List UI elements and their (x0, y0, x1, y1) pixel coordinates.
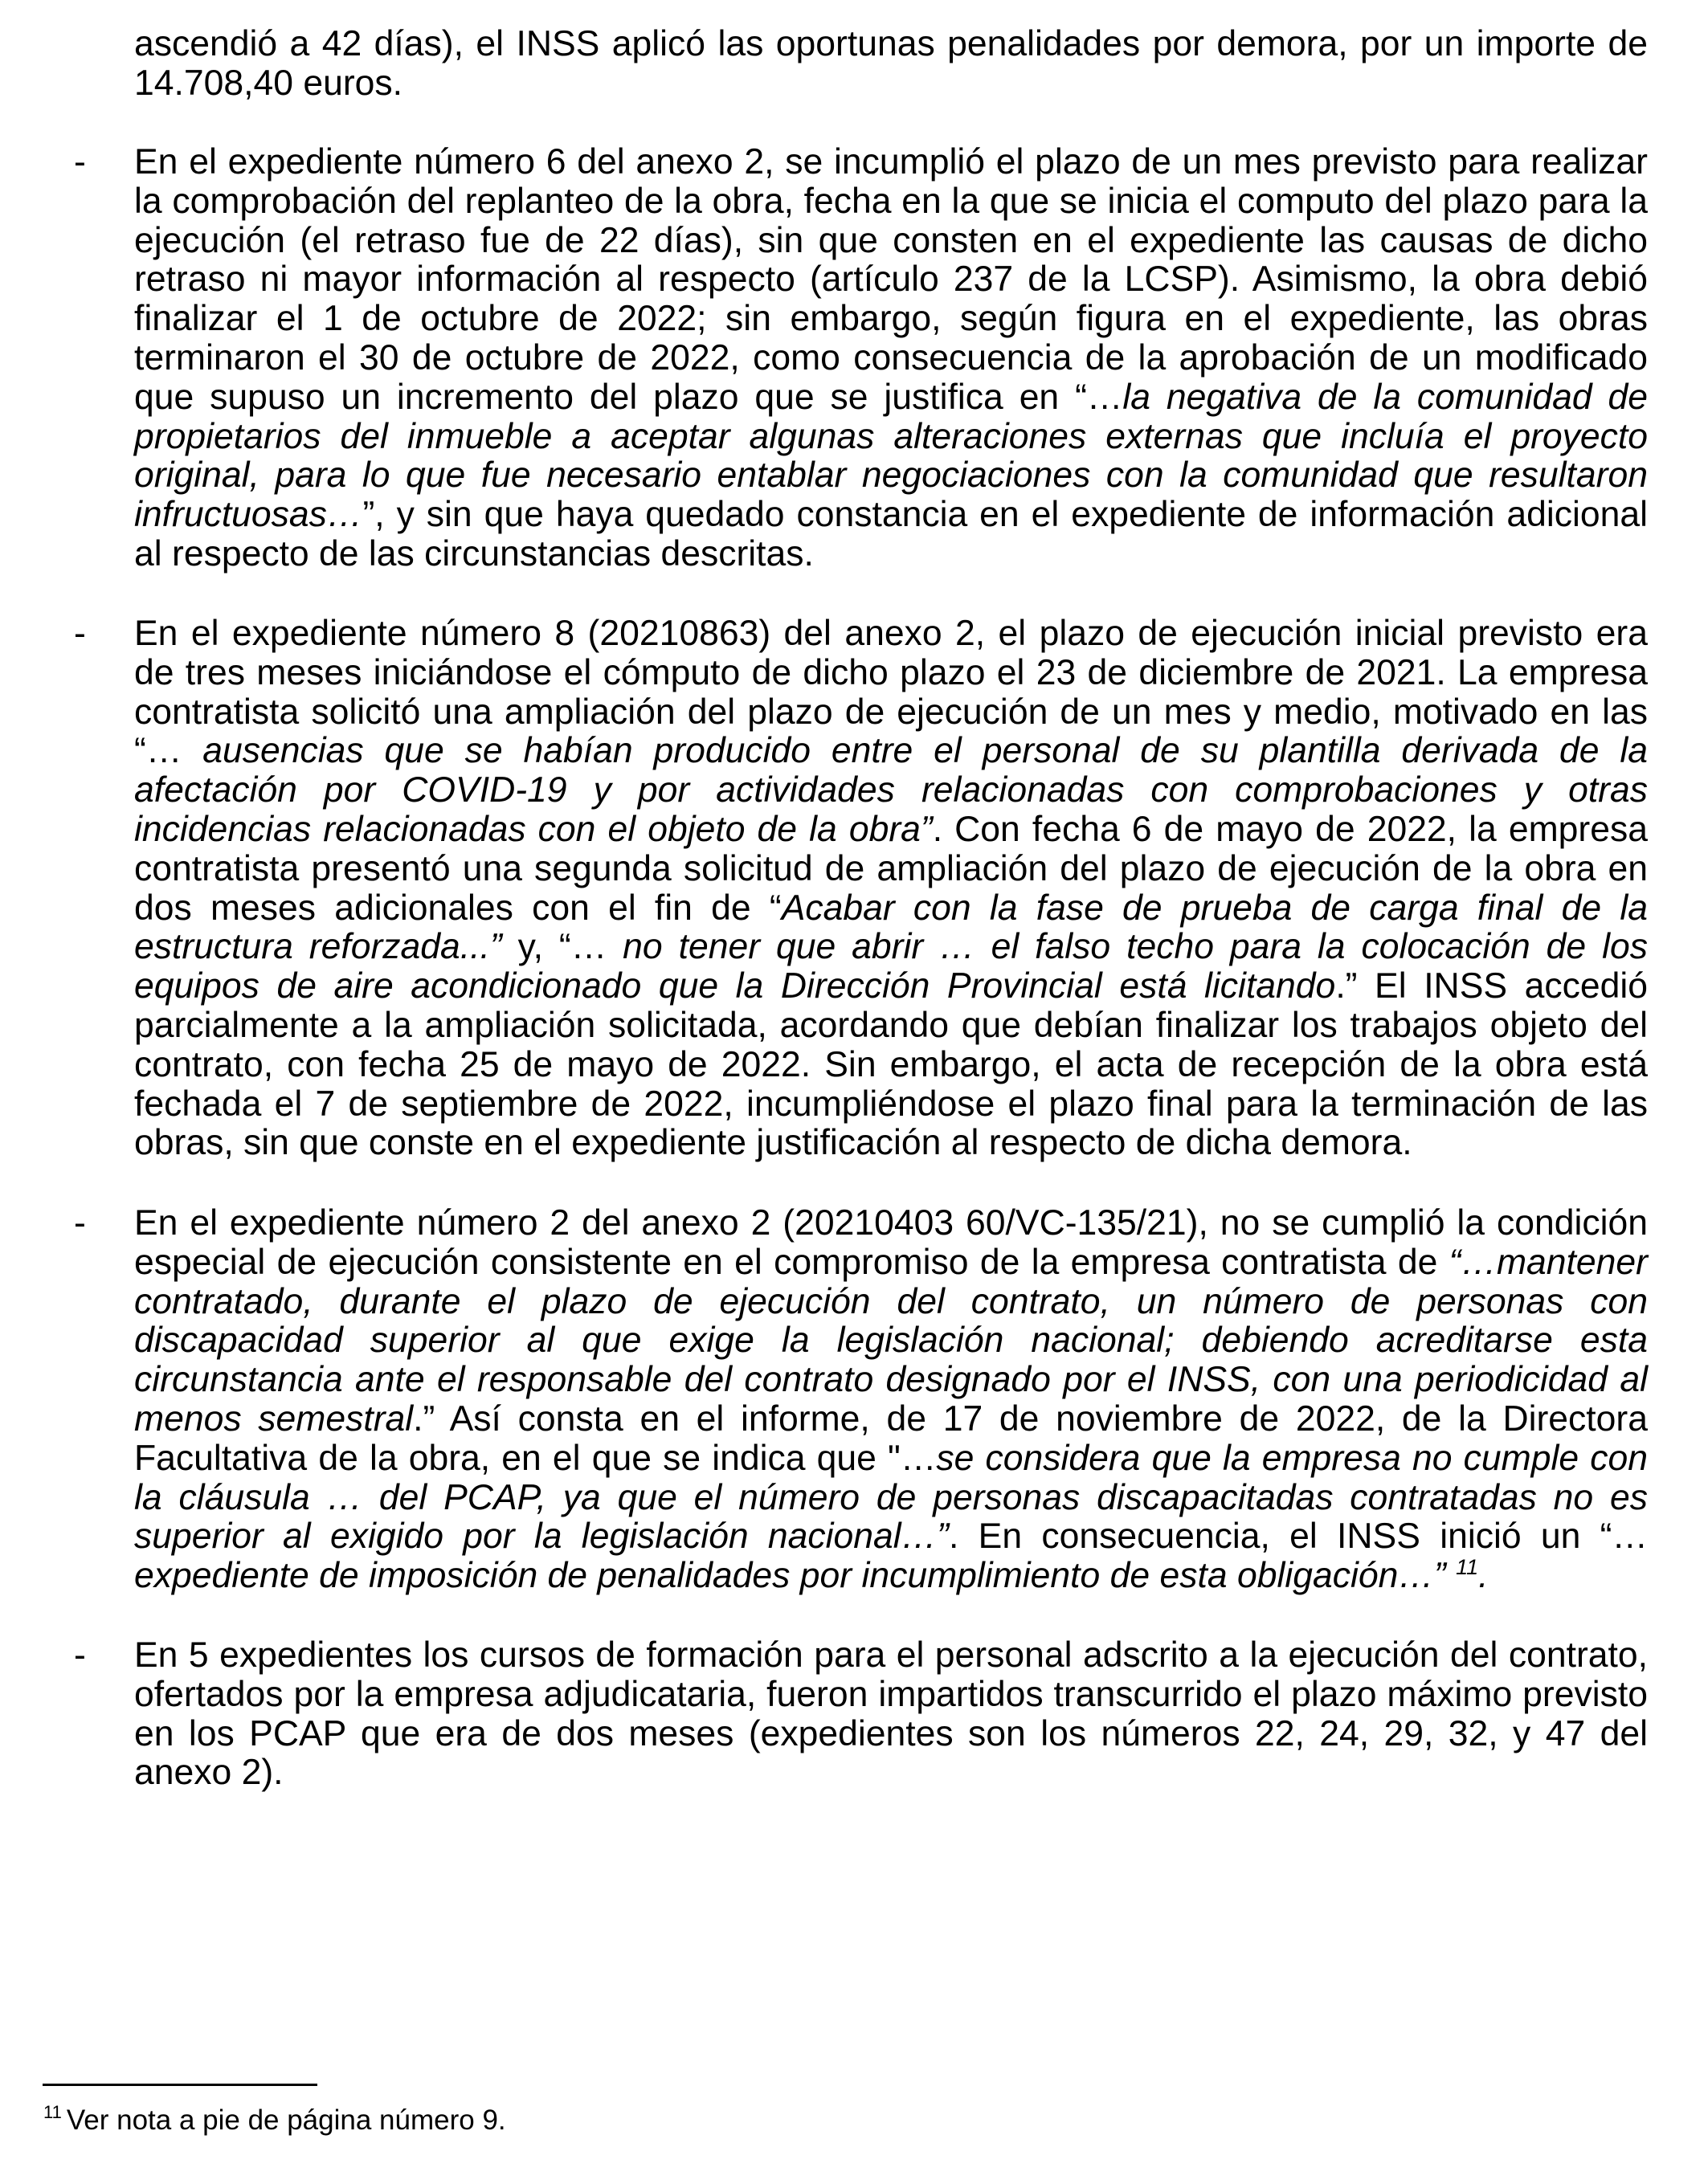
paragraph-text: En 5 expedientes los cursos de formación… (134, 1635, 1648, 1792)
paragraph-expediente-6: En el expediente número 6 del anexo 2, s… (134, 143, 1648, 574)
paragraph-continuation: ascendió a 42 días), el INSS aplicó las … (134, 25, 1648, 104)
paragraph-text: y, “… (502, 927, 623, 966)
paragraph-text: . En consecuencia, el INSS inició un “… (949, 1517, 1648, 1556)
paragraph-cursos-formacion: En 5 expedientes los cursos de formación… (134, 1636, 1648, 1793)
paragraph-text: ascendió a 42 días), el INSS aplicó las … (134, 24, 1648, 103)
footnote-text: Ver nota a pie de página número 9. (67, 2104, 506, 2136)
footnote: 11Ver nota a pie de página número 9. (43, 2104, 506, 2137)
bullet-dash: - (74, 1204, 86, 1243)
footnote-number: 11 (43, 2102, 62, 2122)
bullet-dash: - (74, 614, 86, 654)
document-page: ascendió a 42 días), el INSS aplicó las … (0, 0, 1708, 2184)
paragraph-expediente-8: En el expediente número 8 (20210863) del… (134, 614, 1648, 1163)
space (1446, 1556, 1456, 1595)
footnote-reference-link[interactable]: 11 (1456, 1555, 1478, 1579)
paragraph-expediente-2: En el expediente número 2 del anexo 2 (2… (134, 1204, 1648, 1596)
bullet-dash: - (74, 1636, 86, 1676)
paragraph-text: En el expediente número 2 del anexo 2 (2… (134, 1203, 1648, 1282)
footnote-separator (43, 2084, 317, 2086)
paragraph-period: . (1478, 1556, 1488, 1595)
paragraph-text: En el expediente número 6 del anexo 2, s… (134, 142, 1648, 417)
bullet-dash: - (74, 143, 86, 182)
quoted-text: expediente de imposición de penalidades … (134, 1556, 1446, 1595)
